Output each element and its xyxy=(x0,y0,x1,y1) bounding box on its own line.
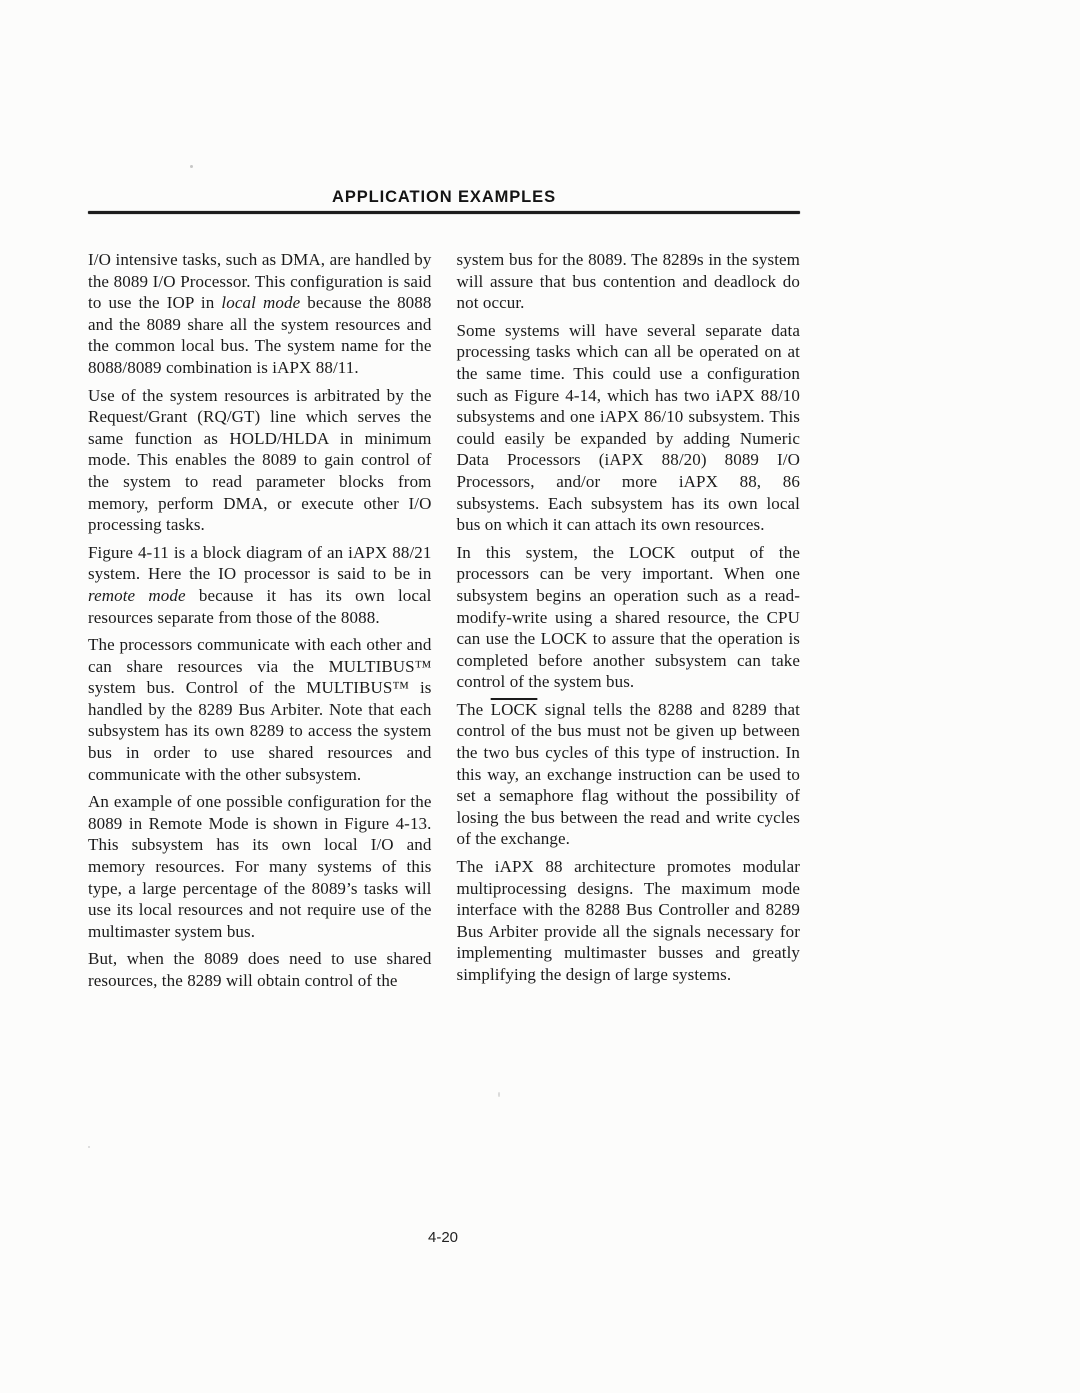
right-column: system bus for the 8089. The 8289s in th… xyxy=(457,249,801,998)
page-number: 4-20 xyxy=(88,1229,798,1246)
paragraph: The LOCK signal tells the 8288 and 8289 … xyxy=(457,699,801,850)
left-column: I/O intensive tasks, such as DMA, are ha… xyxy=(88,249,432,998)
italic-run: remote mode xyxy=(88,586,186,605)
paragraph: Some systems will have several separate … xyxy=(457,320,801,536)
paragraph: In this system, the LOCK output of the p… xyxy=(457,542,801,693)
paragraph: system bus for the 8089. The 8289s in th… xyxy=(457,249,801,314)
scan-speck xyxy=(88,1146,90,1148)
scan-speck xyxy=(190,165,193,168)
scan-speck xyxy=(498,1092,500,1097)
italic-run: local mode xyxy=(221,293,300,312)
paragraph: But, when the 8089 does need to use shar… xyxy=(88,948,432,991)
paragraph: An example of one possible configuration… xyxy=(88,791,432,942)
text-columns: I/O intensive tasks, such as DMA, are ha… xyxy=(88,249,800,998)
document-page: APPLICATION EXAMPLES I/O intensive tasks… xyxy=(0,0,1080,1393)
paragraph: Use of the system resources is arbitrate… xyxy=(88,385,432,536)
paragraph: The processors communicate with each oth… xyxy=(88,634,432,785)
paragraph: I/O intensive tasks, such as DMA, are ha… xyxy=(88,249,432,379)
page-header: APPLICATION EXAMPLES xyxy=(88,188,800,207)
overline-run: LOCK xyxy=(491,700,538,719)
header-rule xyxy=(88,211,800,214)
paragraph: The iAPX 88 architecture promotes modula… xyxy=(457,856,801,986)
paragraph: Figure 4-11 is a block diagram of an iAP… xyxy=(88,542,432,628)
